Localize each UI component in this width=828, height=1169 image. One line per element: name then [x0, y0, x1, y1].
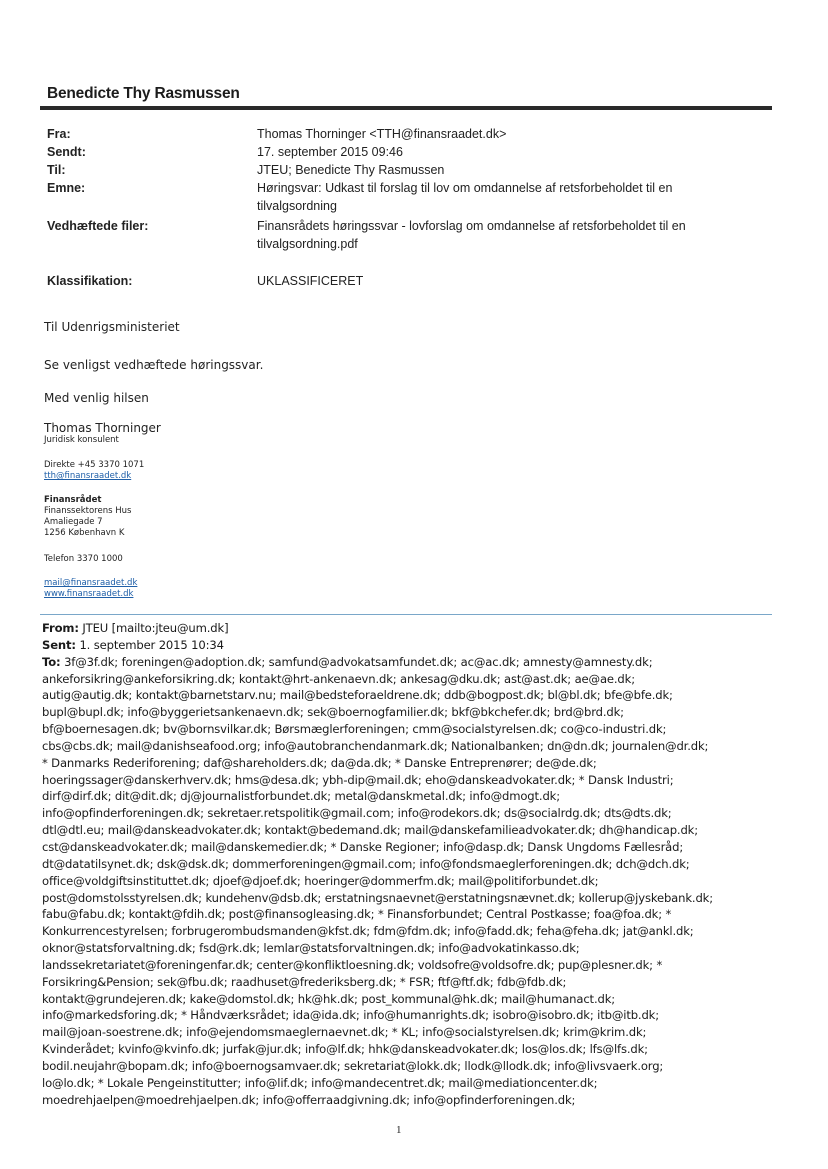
signature-contact: Direkte +45 3370 1071 tth@finansraadet.d… — [44, 460, 144, 482]
recipient-line: cbs@cbs.dk; mail@danishseafood.org; info… — [42, 738, 822, 755]
signature-direct-phone: Direkte +45 3370 1071 — [44, 460, 144, 471]
subject-value-line2: tilvalgsordning — [257, 197, 757, 215]
forward-separator — [40, 614, 772, 615]
fwd-sent-row: Sent: 1. september 2015 10:34 — [42, 637, 822, 654]
recipient-line: bodil.neujahr@bopam.dk; info@boernogsamv… — [42, 1058, 822, 1075]
body-closing: Med venlig hilsen — [44, 391, 149, 405]
subject-label: Emne: — [47, 179, 247, 197]
recipient-addresses: lo@lo.dk; * Lokale Pengeinstitutter; inf… — [42, 1076, 597, 1090]
owner-divider — [40, 106, 772, 110]
attachments-label: Vedhæftede filer: — [47, 217, 247, 235]
forwarded-message: From: JTEU [mailto:jteu@um.dk] Sent: 1. … — [42, 620, 822, 1108]
subject-value-line1: Høringsvar: Udkast til forslag til lov o… — [257, 179, 757, 197]
mailbox-owner-name: Benedicte Thy Rasmussen — [47, 85, 240, 103]
email-printout-page: Benedicte Thy Rasmussen Fra: Thomas Thor… — [0, 0, 828, 1169]
recipient-line: Forsikring&Pension; sek@fbu.dk; raadhuse… — [42, 974, 822, 991]
recipient-line: landssekretariatet@foreningenfar.dk; cen… — [42, 957, 822, 974]
classification-label: Klassifikation: — [47, 272, 247, 290]
signature-phone-block: Telefon 3370 1000 — [44, 554, 123, 565]
signature: Thomas Thorninger Juridisk konsulent — [44, 421, 161, 446]
classification-value: UKLASSIFICERET — [257, 272, 757, 290]
recipient-addresses: info@opfinderforeningen.dk; sekretaer.re… — [42, 806, 672, 820]
signature-address: Finansrådet Finanssektorens Hus Amaliega… — [44, 495, 131, 539]
recipient-line: autig@autig.dk; kontakt@barnetstarv.nu; … — [42, 687, 822, 704]
recipient-addresses: Forsikring&Pension; sek@fbu.dk; raadhuse… — [42, 975, 566, 989]
website-link[interactable]: www.finansraadet.dk — [44, 589, 137, 600]
recipient-line: Kvinderådet; kvinfo@kvinfo.dk; jurfak@ju… — [42, 1041, 822, 1058]
recipient-line: hoeringssager@danskerhverv.dk; hms@desa.… — [42, 772, 822, 789]
signature-email-link[interactable]: tth@finansraadet.dk — [44, 471, 144, 482]
body-greeting: Til Udenrigsministeriet — [44, 320, 180, 334]
recipient-addresses: Kvinderådet; kvinfo@kvinfo.dk; jurfak@ju… — [42, 1042, 648, 1056]
recipient-addresses: dirf@dirf.dk; dit@dit.dk; dj@journalistf… — [42, 789, 560, 803]
signature-building: Finanssektorens Hus — [44, 506, 131, 517]
attachment-name-line2[interactable]: tilvalgsordning.pdf — [257, 235, 757, 253]
recipient-line: dt@datatilsynet.dk; dsk@dsk.dk; dommerfo… — [42, 856, 822, 873]
recipient-addresses: hoeringssager@danskerhverv.dk; hms@desa.… — [42, 773, 674, 787]
sent-value: 17. september 2015 09:46 — [257, 143, 757, 161]
recipient-addresses: autig@autig.dk; kontakt@barnetstarv.nu; … — [42, 688, 673, 702]
recipient-addresses: bodil.neujahr@bopam.dk; info@boernogsamv… — [42, 1059, 663, 1073]
fwd-recipient-list: To: 3f@3f.dk; foreningen@adoption.dk; sa… — [42, 654, 822, 1109]
recipient-line: bupl@bupl.dk; info@byggerietsankenaevn.d… — [42, 704, 822, 721]
recipient-line: info@markedsforing.dk; * Håndværksrådet;… — [42, 1007, 822, 1024]
fwd-to-label: To: — [42, 655, 61, 669]
recipient-line: lo@lo.dk; * Lokale Pengeinstitutter; inf… — [42, 1075, 822, 1092]
fwd-from-row: From: JTEU [mailto:jteu@um.dk] — [42, 620, 822, 637]
recipient-line: bf@boernesagen.dk; bv@bornsvilkar.dk; Bø… — [42, 721, 822, 738]
recipient-addresses: ankeforsikring@ankeforsikring.dk; kontak… — [42, 672, 635, 686]
signature-name: Thomas Thorninger — [44, 421, 161, 435]
recipient-line: fabu@fabu.dk; kontakt@fdih.dk; post@fina… — [42, 906, 822, 923]
signature-phone: Telefon 3370 1000 — [44, 554, 123, 565]
signature-street: Amaliegade 7 — [44, 517, 131, 528]
recipient-addresses: dt@datatilsynet.dk; dsk@dsk.dk; dommerfo… — [42, 857, 690, 871]
signature-org: Finansrådet — [44, 495, 131, 506]
recipient-addresses: info@markedsforing.dk; * Håndværksrådet;… — [42, 1008, 659, 1022]
sent-label: Sendt: — [47, 143, 247, 161]
from-value: Thomas Thorninger <TTH@finansraadet.dk> — [257, 125, 757, 143]
recipient-line: To: 3f@3f.dk; foreningen@adoption.dk; sa… — [42, 654, 822, 671]
recipient-addresses: post@domstolsstyrelsen.dk; kundehenv@dsb… — [42, 891, 713, 905]
recipient-addresses: cbs@cbs.dk; mail@danishseafood.org; info… — [42, 739, 708, 753]
recipient-addresses: 3f@3f.dk; foreningen@adoption.dk; samfun… — [64, 655, 652, 669]
from-label: Fra: — [47, 125, 247, 143]
recipient-line: cst@danskeadvokater.dk; mail@danskemedie… — [42, 839, 822, 856]
fwd-from-value: JTEU [mailto:jteu@um.dk] — [82, 621, 228, 635]
to-label: Til: — [47, 161, 247, 179]
recipient-addresses: oknor@statsforvaltning.dk; fsd@rk.dk; le… — [42, 941, 580, 955]
recipient-line: dtl@dtl.eu; mail@danskeadvokater.dk; kon… — [42, 822, 822, 839]
recipient-line: dirf@dirf.dk; dit@dit.dk; dj@journalistf… — [42, 788, 822, 805]
recipient-line: mail@joan-soestrene.dk; info@ejendomsmae… — [42, 1024, 822, 1041]
page-number: 1 — [396, 1124, 402, 1136]
fwd-sent-value: 1. september 2015 10:34 — [79, 638, 223, 652]
body-message: Se venligst vedhæftede høringssvar. — [44, 358, 263, 372]
recipient-addresses: kontakt@grundejeren.dk; kake@domstol.dk;… — [42, 992, 615, 1006]
recipient-addresses: Konkurrencestyrelsen; forbrugerombudsman… — [42, 924, 694, 938]
recipient-addresses: office@voldgiftsinstituttet.dk; djoef@dj… — [42, 874, 598, 888]
recipient-addresses: fabu@fabu.dk; kontakt@fdih.dk; post@fina… — [42, 907, 671, 921]
recipient-line: ankeforsikring@ankeforsikring.dk; kontak… — [42, 671, 822, 688]
attachment-name-line1[interactable]: Finansrådets høringssvar - lovforslag om… — [257, 217, 757, 235]
fwd-from-label: From: — [42, 621, 79, 635]
recipient-addresses: landssekretariatet@foreningenfar.dk; cen… — [42, 958, 662, 972]
fwd-sent-label: Sent: — [42, 638, 76, 652]
signature-city: 1256 København K — [44, 528, 131, 539]
recipient-line: * Danmarks Rederiforening; daf@sharehold… — [42, 755, 822, 772]
recipient-addresses: * Danmarks Rederiforening; daf@sharehold… — [42, 756, 597, 770]
recipient-line: kontakt@grundejeren.dk; kake@domstol.dk;… — [42, 991, 822, 1008]
recipient-addresses: dtl@dtl.eu; mail@danskeadvokater.dk; kon… — [42, 823, 698, 837]
recipient-addresses: moedrehjaelpen@moedrehjaelpen.dk; info@o… — [42, 1093, 575, 1107]
recipient-line: post@domstolsstyrelsen.dk; kundehenv@dsb… — [42, 890, 822, 907]
to-value: JTEU; Benedicte Thy Rasmussen — [257, 161, 757, 179]
signature-title: Juridisk konsulent — [44, 435, 161, 446]
recipient-line: info@opfinderforeningen.dk; sekretaer.re… — [42, 805, 822, 822]
recipient-addresses: bf@boernesagen.dk; bv@bornsvilkar.dk; Bø… — [42, 722, 666, 736]
recipient-line: moedrehjaelpen@moedrehjaelpen.dk; info@o… — [42, 1092, 822, 1109]
recipient-addresses: cst@danskeadvokater.dk; mail@danskemedie… — [42, 840, 683, 854]
recipient-addresses: bupl@bupl.dk; info@byggerietsankenaevn.d… — [42, 705, 624, 719]
recipient-line: oknor@statsforvaltning.dk; fsd@rk.dk; le… — [42, 940, 822, 957]
recipient-addresses: mail@joan-soestrene.dk; info@ejendomsmae… — [42, 1025, 646, 1039]
recipient-line: office@voldgiftsinstituttet.dk; djoef@dj… — [42, 873, 822, 890]
recipient-line: Konkurrencestyrelsen; forbrugerombudsman… — [42, 923, 822, 940]
signature-links: mail@finansraadet.dk www.finansraadet.dk — [44, 578, 137, 600]
org-email-link[interactable]: mail@finansraadet.dk — [44, 578, 137, 589]
